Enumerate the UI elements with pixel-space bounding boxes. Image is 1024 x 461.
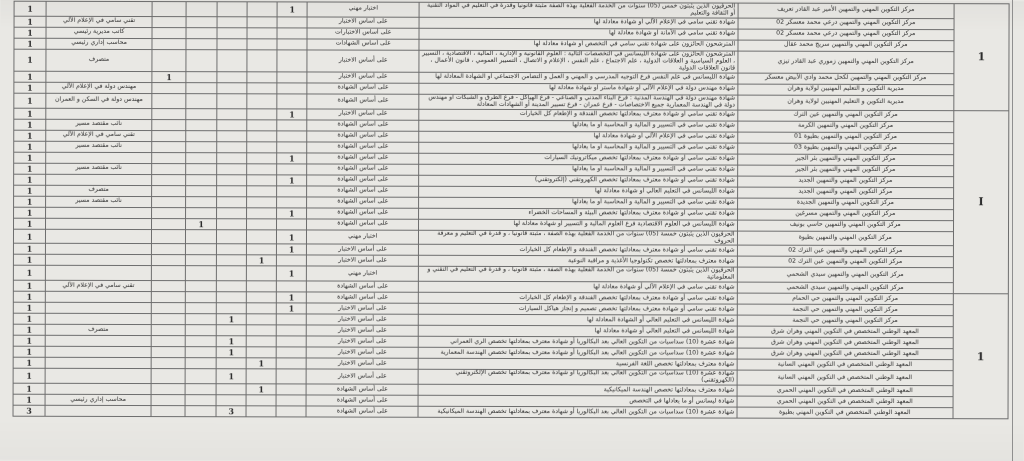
mark-cell-4 — [247, 2, 277, 17]
mark-cell-5 — [277, 28, 307, 39]
mark-cell-1 — [152, 174, 186, 185]
institution-cell: مركز التكوين المهني والتمهين بطيوة 01 — [737, 132, 953, 144]
mode-cell: على أساس الاختبار — [307, 72, 419, 83]
mode-cell: على أساس الشهادات — [307, 39, 419, 50]
posts-cell: 1 — [13, 383, 45, 394]
mark-cell-3: 1 — [216, 347, 246, 358]
conditions-cell: شهادة تقني سامي أو شهادة معترف بمعادلتها… — [419, 153, 737, 165]
mark-cell-2 — [185, 325, 216, 336]
grade-cell — [46, 108, 152, 119]
grade-cell — [45, 405, 151, 416]
grade-cell — [45, 255, 151, 266]
mark-cell-1 — [151, 369, 185, 384]
mark-cell-3: 3 — [216, 406, 246, 417]
mark-cell-2 — [185, 314, 216, 325]
mark-cell-2 — [186, 255, 217, 266]
mark-cell-5: 1 — [277, 108, 307, 119]
mark-cell-1 — [152, 229, 186, 244]
grade-cell: محاسب إداري رئيسي — [46, 38, 152, 49]
conditions-cell: شهادة مهندس دولة في الإعلام الآلي أو شها… — [419, 83, 737, 95]
mark-cell-3 — [217, 71, 247, 82]
mark-cell-3 — [216, 395, 246, 406]
posts-cell: 1 — [13, 314, 45, 325]
mark-cell-5 — [276, 358, 306, 369]
mark-cell-5 — [277, 83, 307, 94]
mark-cell-3 — [217, 207, 247, 218]
mode-cell: على أساس الشهادة — [306, 395, 418, 406]
mark-cell-3 — [217, 17, 247, 28]
institution-cell: المعهد الوطني المتخصص في التكوين المهني … — [737, 337, 953, 349]
mark-cell-2 — [186, 119, 217, 130]
mark-cell-3 — [217, 119, 247, 130]
mark-cell-2 — [186, 196, 217, 207]
mark-cell-5: 1 — [277, 266, 307, 281]
mark-cell-2 — [185, 292, 216, 303]
mark-cell-1 — [152, 163, 186, 174]
mark-cell-1 — [151, 384, 185, 395]
mark-cell-4 — [246, 314, 276, 325]
institution-cell: مديرية التكوين و التعليم المهنيين لولاية… — [737, 95, 953, 110]
posts-cell: 1 — [14, 16, 46, 27]
mark-cell-1 — [151, 292, 185, 303]
mark-cell-2 — [185, 303, 216, 314]
mark-cell-2 — [185, 384, 216, 395]
mark-cell-4 — [247, 28, 277, 39]
grade-cell: نائب مقتصد مسير — [46, 163, 152, 174]
mark-cell-5 — [277, 185, 307, 196]
institution-cell: مركز التكوين المهني والتمهين زموري عبد ا… — [738, 51, 954, 73]
institution-cell: مركز التكوين المهني والتمهين الأمير عبد … — [738, 3, 954, 18]
institution-cell: مركز التكوين المهني والتمهين الجديد — [737, 187, 953, 199]
mode-cell: على أساس الشهادة — [306, 406, 418, 417]
conditions-cell: شهادة الليسانس في العلوم الاقتصادية فرع … — [419, 219, 737, 231]
mark-cell-3 — [217, 39, 247, 50]
conditions-cell: شهادة تقني سامي في الأمانة أو شهادة معاد… — [419, 28, 737, 40]
mark-cell-4 — [246, 292, 276, 303]
grade-cell — [45, 369, 151, 384]
conditions-cell: شهادة ليسانس أو ما يعادلها في التخصص — [418, 395, 736, 407]
mark-cell-3 — [217, 50, 247, 72]
institution-cell: مركز التكوين المهني والتمهين عين الترك 0… — [737, 246, 953, 258]
posts-cell: 1 — [13, 347, 45, 358]
grade-cell: مهندس دولة في السكن و العمران — [46, 93, 152, 108]
mode-cell: على أساس الشهادة — [307, 83, 419, 94]
posts-cell: 1 — [13, 281, 45, 292]
mark-cell-4: 1 — [246, 384, 276, 395]
posts-cell: 1 — [13, 255, 45, 266]
mark-cell-3: 1 — [216, 369, 246, 384]
conditions-cell: شهادة تقني سامي في التسيير و المالية و ا… — [419, 197, 737, 209]
conditions-cell: شهادة معترف بمعادلتها تخصص الهندسة الميك… — [418, 384, 736, 396]
institution-cell: مركز التكوين المهني والتمهين بطيوة 03 — [737, 143, 953, 155]
institution-cell: مركز التكوين المهني والتمهين الجديد — [737, 176, 953, 188]
grade-cell — [46, 1, 152, 16]
mode-cell: على أساس الاختبار — [307, 109, 419, 120]
mode-cell: على أساس الشهادة — [307, 281, 419, 292]
mark-cell-1 — [152, 244, 186, 255]
table-row: 1متصرفعلى أساس الاختبارالمترشحون الحائزو… — [14, 49, 1009, 73]
posts-cell: 1 — [13, 303, 45, 314]
posts-cell: 1 — [14, 27, 46, 38]
mark-cell-2 — [186, 163, 217, 174]
grade-cell: متصرف — [45, 325, 151, 336]
mode-cell: على أساس الاختبار — [307, 17, 419, 28]
grade-cell: نائب مقتصد مسير — [46, 141, 152, 152]
mark-cell-3 — [217, 229, 247, 244]
mark-cell-1 — [152, 119, 186, 130]
grade-cell — [45, 383, 151, 394]
grade-cell — [46, 218, 152, 229]
conditions-cell: المترشحون الحائزون على شهادة تقني سامي ف… — [419, 39, 737, 51]
mark-cell-4 — [247, 39, 277, 50]
mark-cell-2 — [185, 347, 216, 358]
mark-cell-5 — [276, 325, 306, 336]
posts-cell: 1 — [14, 196, 46, 207]
mark-cell-2 — [186, 207, 217, 218]
mark-cell-4 — [247, 244, 277, 255]
mode-cell: على أساس الاختبار — [306, 358, 418, 369]
mark-cell-1 — [152, 2, 186, 17]
grade-cell: متصرف — [46, 185, 152, 196]
grade-cell: كاتب مديرية رئيسي — [46, 27, 152, 38]
posts-cell: 1 — [14, 1, 46, 16]
mark-cell-2 — [186, 2, 217, 17]
posts-cell: 1 — [14, 185, 46, 196]
institution-cell: مركز التكوين المهني والتمهين حي النجمة — [737, 304, 953, 316]
mark-cell-5 — [277, 72, 307, 83]
mark-cell-4 — [247, 281, 277, 292]
mode-cell: على أساس الشهادة — [307, 186, 419, 197]
conditions-cell: شهادة تقني سامي في الإعلام الآلي أو شهاد… — [419, 17, 737, 29]
mark-cell-2 — [185, 369, 216, 384]
mode-cell: على أساس الاختبار — [307, 244, 419, 255]
recruitment-table: 11اختبار مهنيالحرفيون الذين يثبتون خمس (… — [13, 1, 1010, 420]
mark-cell-2 — [186, 50, 217, 72]
mode-cell: على أساس الاختبار — [306, 347, 418, 358]
group-marker-cell: 1 — [954, 4, 1009, 111]
posts-cell: 1 — [14, 38, 46, 49]
mode-cell: على أساس الاختبار — [306, 303, 418, 314]
institution-cell: مركز التكوين المهني والتمهين حي النجمة — [737, 315, 953, 327]
conditions-cell: شهادة تقني سامي في الإعلام الآلي أو شهاد… — [419, 282, 737, 294]
posts-cell: 1 — [14, 163, 46, 174]
mode-cell: على أساس الشهادة — [307, 208, 419, 219]
mark-cell-3 — [217, 82, 247, 93]
scanned-page: 11اختبار مهنيالحرفيون الذين يثبتون خمس (… — [0, 0, 1024, 461]
institution-cell: مركز التكوين المهني والتمهين حاسي بونيف — [737, 220, 953, 232]
posts-cell: 1 — [14, 207, 46, 218]
mark-cell-3 — [217, 163, 247, 174]
mode-cell: على أساس الاختبار — [307, 50, 419, 72]
institution-cell: المعهد الوطني المتخصص في التكوين المهني … — [737, 385, 953, 397]
conditions-cell: شهادة تقني سامي في التسيير و المالية و ا… — [419, 120, 737, 132]
grade-cell — [45, 244, 151, 255]
conditions-cell: شهادة تقني سامي أو شهادة معترف بمعادلتها… — [419, 208, 737, 220]
mode-cell: على أساس الشهادة — [307, 175, 419, 186]
mark-cell-1 — [151, 406, 185, 417]
mark-cell-5: 1 — [277, 152, 307, 163]
institution-cell: المعهد الوطني المتخصص في التكوين المهني … — [737, 359, 953, 371]
mark-cell-4: 1 — [246, 358, 276, 369]
conditions-cell: شهادة تقني سامي في التسيير و المالية و ا… — [419, 164, 737, 176]
institution-cell: المعهد الوطني المتخصص في التكوين المهني … — [737, 348, 953, 360]
mark-cell-3 — [217, 185, 247, 196]
mark-cell-2 — [186, 17, 217, 28]
mark-cell-4 — [247, 50, 277, 72]
mark-cell-1 — [151, 336, 185, 347]
conditions-cell: شهادة الليسانس في التعليم العالي أو شهاد… — [419, 326, 737, 338]
institution-cell: المعهد الوطني المتخصص في التكوين المهني … — [737, 396, 953, 408]
mark-cell-2 — [186, 108, 217, 119]
mark-cell-1 — [152, 93, 186, 108]
posts-cell: 1 — [13, 358, 45, 369]
mode-cell: على أساس الشهادة — [306, 384, 418, 395]
mode-cell: على أساس الشهادة — [307, 219, 419, 230]
mark-cell-1 — [152, 152, 186, 163]
conditions-cell: شهادة تقني سامي أو شهادة معترف بمعادلتها… — [419, 304, 737, 316]
mark-cell-4 — [247, 93, 277, 108]
grade-cell: تقني سامي في الإعلام الآلي — [46, 130, 152, 141]
mark-cell-4 — [247, 266, 277, 281]
mark-cell-5: 1 — [277, 174, 307, 185]
mark-cell-2 — [186, 39, 217, 50]
institution-cell: المعهد الوطني المتخصص في التكوين المهني … — [737, 326, 953, 338]
mark-cell-1 — [151, 325, 185, 336]
institution-cell: مركز التكوين المهني والتمهين درعي محمد م… — [738, 18, 954, 30]
mark-cell-3 — [216, 303, 246, 314]
mark-cell-3: 1 — [216, 336, 246, 347]
posts-cell: 1 — [13, 394, 45, 405]
mark-cell-1 — [152, 218, 186, 229]
mark-cell-5: 1 — [277, 292, 307, 303]
mode-cell: على أساس الشهادة — [307, 164, 419, 175]
mark-cell-4 — [247, 163, 277, 174]
mark-cell-2 — [186, 185, 217, 196]
mark-cell-2 — [186, 152, 217, 163]
mode-cell: على أساس الاختبار — [306, 325, 418, 336]
mark-cell-5 — [277, 130, 307, 141]
grade-cell: تقني سامي في الإعلام الآلي — [46, 16, 152, 27]
posts-cell: 1 — [14, 130, 46, 141]
conditions-cell: المترشحون الحائزون على شهادة الليسانس في… — [419, 50, 737, 73]
mode-cell: اختبار مهني — [307, 230, 419, 245]
conditions-cell: شهادة مهندس دولة في الهندسة المدنية : فر… — [419, 94, 737, 110]
mark-cell-5 — [276, 347, 306, 358]
mark-cell-2: 1 — [186, 218, 217, 229]
institution-cell: مركز التكوين المهني والتمهين عين الترك 0… — [737, 257, 953, 269]
group-marker-cell: 1 — [953, 294, 1008, 419]
conditions-cell: شهادة الليسانس في التعليم العالي أو الشه… — [419, 315, 737, 327]
mark-cell-4 — [247, 141, 277, 152]
mark-cell-1 — [152, 141, 186, 152]
posts-cell: 1 — [14, 108, 46, 119]
posts-cell: 1 — [13, 336, 45, 347]
mark-cell-4 — [246, 336, 276, 347]
mark-cell-1 — [152, 185, 186, 196]
grade-cell — [45, 303, 151, 314]
conditions-cell: شهادة تقني سامي أو شهادة معترف بمعادلتها… — [419, 109, 737, 121]
mark-cell-5 — [276, 369, 306, 384]
mark-cell-5 — [277, 141, 307, 152]
mark-cell-2 — [186, 82, 217, 93]
mark-cell-5: 1 — [277, 207, 307, 218]
mark-cell-5: 1 — [277, 244, 307, 255]
grade-cell: متصرف — [46, 49, 152, 71]
mark-cell-4 — [246, 347, 276, 358]
mark-cell-5: 1 — [276, 303, 306, 314]
posts-cell: 1 — [13, 229, 45, 244]
mode-cell: على أساس الشهادة — [307, 131, 419, 142]
mark-cell-3: 1 — [216, 314, 246, 325]
mark-cell-4 — [247, 17, 277, 28]
institution-cell: مركز التكوين المهني والتمهين الكرمة — [737, 121, 953, 133]
mode-cell: اختبار مهني — [307, 266, 419, 281]
mark-cell-2 — [186, 141, 217, 152]
mark-cell-1 — [152, 255, 186, 266]
institution-cell: مركز التكوين المهني والتمهين درعي محمد م… — [738, 29, 954, 41]
mark-cell-1 — [152, 38, 186, 49]
mark-cell-3 — [216, 325, 246, 336]
mark-cell-3 — [217, 174, 247, 185]
mark-cell-1 — [151, 314, 185, 325]
mark-cell-3 — [217, 244, 247, 255]
mark-cell-1 — [151, 358, 185, 369]
mode-cell: على أساس الشهادة — [307, 197, 419, 208]
posts-cell: 1 — [14, 141, 46, 152]
posts-cell: 1 — [14, 119, 46, 130]
mark-cell-3 — [217, 2, 247, 17]
mark-cell-4 — [247, 218, 277, 229]
grade-cell: نائب مقتصد مسير — [46, 119, 152, 130]
posts-cell: 1 — [13, 292, 45, 303]
institution-cell: المعهد الوطني المتخصص في التكوين المهني … — [737, 407, 953, 419]
mark-cell-3 — [217, 218, 247, 229]
mark-cell-2 — [185, 281, 216, 292]
conditions-cell: شهادة تقني سامي أو شهادة معترف بمعادلتها… — [419, 175, 737, 187]
mark-cell-3 — [216, 292, 246, 303]
mark-cell-2 — [186, 93, 217, 108]
grade-cell — [45, 358, 151, 369]
mark-cell-4 — [247, 119, 277, 130]
mark-cell-1 — [152, 49, 186, 71]
mark-cell-2 — [186, 130, 217, 141]
mark-cell-1 — [151, 303, 185, 314]
grade-cell: نائب مقتصد مسير — [46, 196, 152, 207]
page-edge-line — [1012, 0, 1013, 461]
mark-cell-4 — [247, 130, 277, 141]
mark-cell-1 — [152, 196, 186, 207]
mark-cell-5 — [277, 39, 307, 50]
institution-cell: مركز التكوين المهني والتمهين مسرغين — [737, 209, 953, 221]
conditions-cell: شهادة تقني سامي في الإعلام الآلي أو شهاد… — [419, 131, 737, 143]
mark-cell-4 — [246, 369, 276, 384]
mark-cell-1 — [152, 16, 186, 27]
mark-cell-1 — [152, 82, 186, 93]
conditions-cell: شهادة الليسانس في علم النفس فرع التوجيه … — [419, 72, 737, 84]
mark-cell-4 — [247, 152, 277, 163]
mode-cell: على أساس الشهادة — [307, 120, 419, 131]
grade-cell — [46, 71, 152, 82]
conditions-cell: شهادة تقني سامي في التسيير و المالية و ا… — [419, 142, 737, 154]
conditions-cell: الحرفيون الذين يثبتون خمسة (05) سنوات من… — [419, 267, 737, 283]
posts-cell: 1 — [14, 152, 46, 163]
posts-cell: 1 — [13, 244, 45, 255]
mark-cell-2 — [185, 406, 216, 417]
mark-cell-2 — [186, 244, 217, 255]
mark-cell-3 — [217, 130, 247, 141]
grade-cell — [45, 266, 151, 281]
mark-cell-3 — [216, 358, 246, 369]
mark-cell-5 — [277, 119, 307, 130]
mark-cell-1: 1 — [152, 71, 186, 82]
mark-cell-5 — [277, 163, 307, 174]
mark-cell-3 — [217, 141, 247, 152]
mode-cell: على أساس الاختبار — [306, 314, 418, 325]
conditions-cell: شهادة معترف بمعادلتها تخصص تكنولوجيا الأ… — [419, 256, 737, 268]
conditions-cell: شهادة تقني سامي أو شهادة معترف بمعادلتها… — [419, 293, 737, 305]
institution-cell: مركز التكوين المهني والتمهين سيدي الشحمي — [737, 268, 953, 283]
mark-cell-3 — [217, 93, 247, 108]
mark-cell-4 — [247, 207, 277, 218]
mark-cell-5 — [277, 94, 307, 109]
mark-cell-2 — [186, 266, 217, 281]
mark-cell-5 — [277, 50, 307, 72]
posts-cell: 1 — [13, 369, 45, 384]
mark-cell-3 — [217, 281, 247, 292]
institution-cell: مركز التكوين المهني والتمهين سيدي الشحمي — [737, 282, 953, 294]
mark-cell-5 — [277, 196, 307, 207]
conditions-cell: شهادة الليسانس في التعليم العالي أو شهاد… — [419, 186, 737, 198]
institution-cell: مركز التكوين المهني والتمهين بئر الجير — [737, 154, 953, 166]
table-body: 11اختبار مهنيالحرفيون الذين يثبتون خمس (… — [13, 1, 1009, 419]
conditions-cell: الحرفيون الذين يثبتون خمس (05) سنوات من … — [419, 2, 737, 18]
institution-cell: مديرية التكوين و التعليم المهنيين لولاية… — [737, 84, 953, 96]
mode-cell: على أساس الشهادة — [307, 292, 419, 303]
mode-cell: على أساس الشهادة — [307, 153, 419, 164]
grade-cell: تقني سامي في الإعلام الآلي — [45, 281, 151, 292]
grade-cell: محاسب إداري رئيسي — [45, 394, 151, 405]
grade-cell — [45, 292, 151, 303]
mark-cell-3 — [216, 384, 246, 395]
grade-cell — [45, 229, 151, 244]
mark-cell-4: 1 — [247, 255, 277, 266]
mark-cell-2 — [185, 358, 216, 369]
mark-cell-5 — [277, 255, 307, 266]
posts-cell: 1 — [13, 266, 45, 281]
mark-cell-4 — [247, 108, 277, 119]
mark-cell-5 — [276, 314, 306, 325]
mark-cell-4 — [247, 174, 277, 185]
institution-cell: مركز التكوين المهني والتمهين حي الحمام — [737, 293, 953, 305]
mark-cell-5 — [277, 281, 307, 292]
mark-cell-5 — [276, 395, 306, 406]
mode-cell: على أساس الاختبار — [306, 336, 418, 347]
mode-cell: على أساس الشهادة — [307, 142, 419, 153]
mark-cell-1 — [151, 347, 185, 358]
mark-cell-3 — [217, 255, 247, 266]
mark-cell-4 — [246, 303, 276, 314]
mode-cell: على أساس الاختبارات — [307, 28, 419, 39]
mark-cell-2 — [186, 28, 217, 39]
conditions-cell: شهادة تقني سامي أو شهادة معترف بمعادلتها… — [419, 245, 737, 257]
grade-cell — [45, 314, 151, 325]
institution-cell: مركز التكوين المهني والتمهين بئر الجير — [737, 165, 953, 177]
posts-cell: 1 — [14, 82, 46, 93]
mark-cell-4 — [246, 395, 276, 406]
mark-cell-2 — [185, 336, 216, 347]
grade-cell — [45, 336, 151, 347]
mode-cell: على أساس الاختبار — [306, 369, 418, 384]
